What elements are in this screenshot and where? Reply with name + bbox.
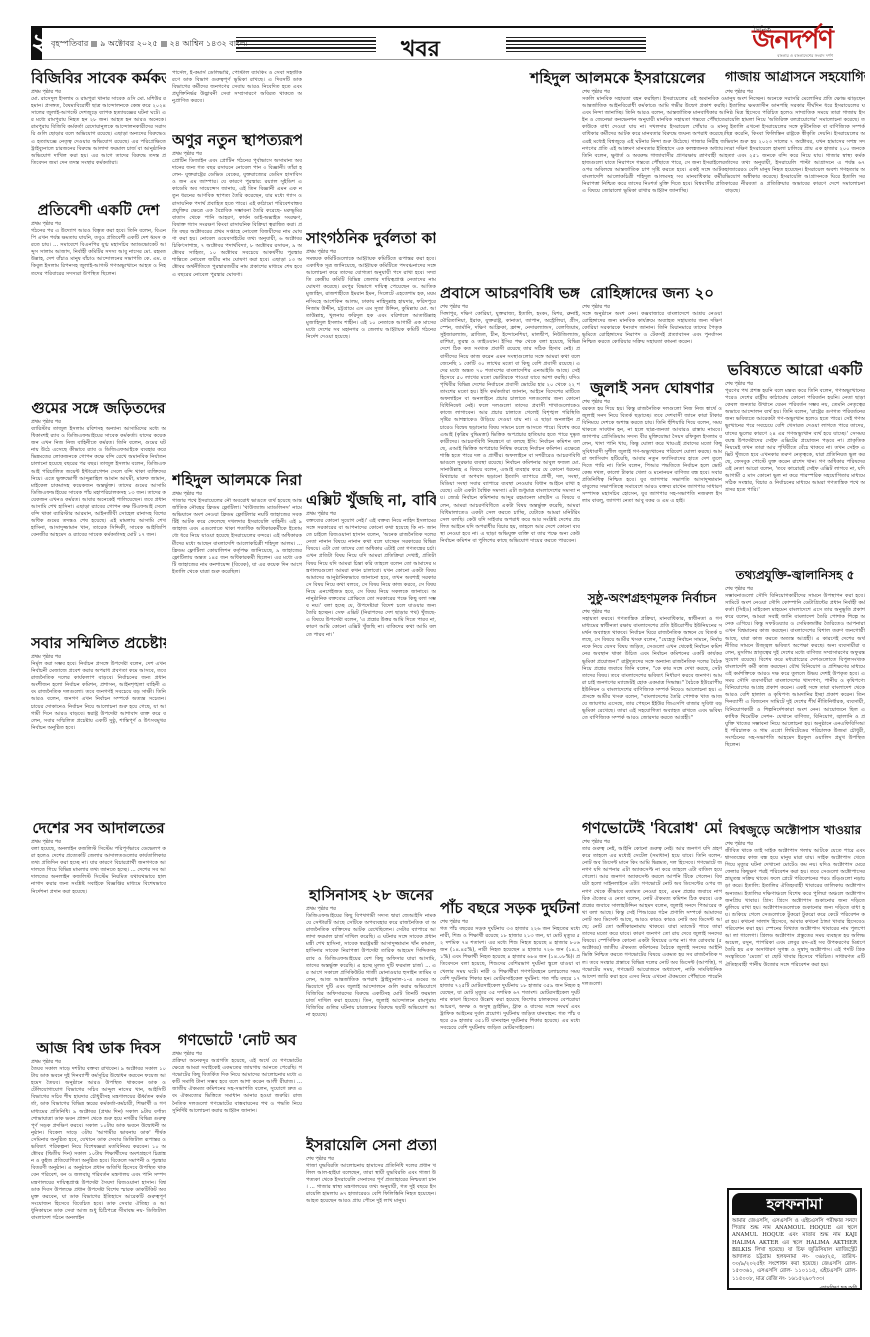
article-ict-energy-5: তথ্যপ্রযুক্তি-জ্বালানিসহ ৫ শেষ পৃষ্ঠার প… <box>725 565 865 820</box>
separator-square-icon <box>91 41 97 47</box>
article-headline: ভবিষ্যতে আরো একটি <box>725 360 865 380</box>
article-headline: সবার সম্মিলিত প্রচেষ্টায় <box>31 633 166 653</box>
article-headline: পাঁচ বছরে সড়ক দুর্ঘটনায় <box>440 898 580 918</box>
article-fair-election: সুষ্ঠু-অংশগ্রহণমূলক নির্বাচন শেষ পৃষ্ঠার… <box>582 588 722 818</box>
article-body: মো. রাসেদুল ইসলাম ও রামপুরা থানার সাবেক … <box>31 96 166 167</box>
section-title: খবর <box>401 32 440 69</box>
article-headline: গণভোটেই 'বিরোধ' মেটাতে <box>582 818 722 838</box>
date-line: বৃহস্পতিবার৯ অক্টোবর ২০২৫২৪ আশ্বিন ১৪৩২ … <box>51 38 248 51</box>
article-headline: জুলাই সনদ ঘোষণার <box>582 378 722 398</box>
article-body: সম্ভাবনাগুলো সৌদি বিনিয়োগকারীদের সামনে … <box>725 593 865 749</box>
article-gaza-aggression: গাজায় আগ্রাসনে সহযোগিতার শেষ পৃষ্ঠার পর… <box>725 68 865 360</box>
article-body: সিঙ্গাপুর, দক্ষিণ কোরিয়া, যুক্তরাজ্য, ই… <box>440 311 580 545</box>
article-hasina-28-people: হাসিনাসহ ২৮ জনের প্রথম পৃষ্ঠার পর ডিজিএফ… <box>306 885 436 1135</box>
page-masthead: ২ বৃহস্পতিবার৯ অক্টোবর ২০২৫২৪ আশ্বিন ১৪৩… <box>31 26 833 60</box>
article-body: প্রক্রিয়া অনেকদূর অগ্রগতি হয়েছে, এই অর… <box>172 1058 302 1115</box>
article-continuation-label: প্রথম পৃষ্ঠার পর <box>172 1051 302 1058</box>
article-headline: প্রবাসে আচরণবিধি ভঙ্গ <box>440 283 580 303</box>
article-body: বরকত হয় দিয়ে হয়। কিন্তু রাজনৈতিক দলগু… <box>582 406 722 505</box>
article-headline: সুষ্ঠু-অংশগ্রহণমূলক নির্বাচন <box>582 588 722 608</box>
article-another-future-uprising: ভবিষ্যতে আরো একটি শেষ পৃষ্ঠার পর পূরণের … <box>725 360 865 565</box>
page-number: ২ <box>31 28 42 60</box>
article-molecule-architecture: অণুর নতুন স্থাপত্যরূপ প্রথম পৃষ্ঠার পর প… <box>172 130 302 470</box>
article-headline: বিশ্বজুড়ে অক্টোপাস খাওয়ার <box>725 820 865 840</box>
article-headline: রোহিঙ্গাদের জন্য ২০ <box>582 283 722 303</box>
article-headline: গাজায় আগ্রাসনে সহযোগিতার <box>725 68 865 88</box>
article-road-accidents: পাঁচ বছরে সড়ক দুর্ঘটনায় শেষ পৃষ্ঠার পর… <box>440 898 580 1313</box>
decorative-rule-left <box>236 37 376 53</box>
article-continuation-label: শেষ পৃষ্ঠার পর <box>725 89 865 96</box>
article-organizational-weakness: সাংগঠনিক দুর্বলতা কাটিয়ে প্রথম পৃষ্ঠার … <box>306 228 436 490</box>
article-body: গঠনের পর এ উদ্যোগ আরও বিস্তৃত করা হবে। ত… <box>31 228 166 278</box>
article-referendum-dispute: গণভোটেই 'বিরোধ' মেটাতে শেষ পৃষ্ঠার পর তা… <box>582 818 722 1313</box>
article-body: ব্যারিস্টার তাজুল ইসলাম রবিশসহ অন্যান্য … <box>31 426 166 540</box>
article-continuation-label: প্রথম পৃষ্ঠার পর <box>306 906 436 913</box>
article-continuation-label: শেষ পৃষ্ঠার পর <box>582 609 722 616</box>
date-day: বৃহস্পতিবার <box>51 39 88 48</box>
affidavit-title: হলফনামা <box>732 1193 857 1215</box>
article-body: তার গুরুত্ব নেই, আইনি কোনো গুরুত্ব নেই। … <box>582 846 722 988</box>
article-continuation-label: শেষ পৃষ্ঠার পর <box>306 1156 436 1163</box>
article-body: সঙ্গে অনুষ্ঠানে অংশ নেন। কক্সবাজারে বাংল… <box>582 311 722 346</box>
article-continuation-label: শেষ পৃষ্ঠার পর <box>725 586 865 593</box>
article-body: পূরণের পথ প্রশস্ত হয়নি বলে মন্তব্য করে … <box>725 388 865 494</box>
date-gregorian: ৯ অক্টোবর ২০২৫ <box>100 39 157 48</box>
article-octopus-eating: বিশ্বজুড়ে অক্টোপাস খাওয়ার শেষ পৃষ্ঠার … <box>725 820 865 1182</box>
article-world-post-day: আজ বিশ্ব ডাক দিবস প্রথম পৃষ্ঠার পর তৈয়ব… <box>31 1038 166 1313</box>
article-neighbor-country: প্রতিবেশী একটি দেশ প্রথম পৃষ্ঠার পর গঠনে… <box>31 200 166 398</box>
article-continuation-label: প্রথম পৃষ্ঠার পর <box>31 89 166 96</box>
article-body: সমন্বয়ক কমিটিগুলোকে আহ্বায়ক কমিটিতে রূ… <box>306 256 436 341</box>
article-continuation-label: শেষ পৃষ্ঠার পর <box>725 841 865 848</box>
article-referendum-note-of-dissent: গণভোটে 'নোট অব প্রথম পৃষ্ঠার পর প্রক্রিয… <box>172 1030 302 1313</box>
article-continuation-label: শেষ পৃষ্ঠার পর <box>582 304 722 311</box>
newspaper-logo: দৈনিক জনদর্পণ বাংলার ও বাংলাদেশের সংবাদ … <box>752 24 833 56</box>
decorative-rule-right <box>506 37 646 53</box>
article-continuation-label: শেষ পৃষ্ঠার পর <box>440 919 580 926</box>
logo-tagline: বাংলার ও বাংলাদেশের সংবাদ দর্পণ <box>777 53 833 60</box>
article-headline: সাংগঠনিক দুর্বলতা কাটিয়ে <box>306 228 436 248</box>
logo-daily-label: দৈনিক <box>753 24 771 36</box>
article-continuation-label: প্রথম পৃষ্ঠার পর <box>306 249 436 256</box>
article-headline: এক্সিট খুঁজছি না, বাকি <box>306 490 436 510</box>
article-overseas-code-violation: প্রবাসে আচরণবিধি ভঙ্গ শেষ পৃষ্ঠার পর সিঙ… <box>440 283 580 898</box>
article-body: প্রোটিন ডিজাইন এবং প্রোটিন গঠনের পূর্বাভ… <box>172 158 302 279</box>
affidavit-signature: -তাসফিয়া হক অধি <box>732 1285 857 1293</box>
article-continuation-label: প্রথম পৃষ্ঠার পর <box>31 1059 166 1066</box>
article-body: গাজা যুদ্ধবিরতি আলোচনায় হামাসের প্রতিনি… <box>306 1163 436 1206</box>
article-continuation-label: শেষ পৃষ্ঠার পর <box>440 304 580 311</box>
article-july-charter: জুলাই সনদ ঘোষণার শেষ পৃষ্ঠার পর বরকত হয়… <box>582 378 722 588</box>
article-headline: ইসরায়েলি সেনা প্রত্যাহার <box>306 1135 436 1155</box>
separator-square-icon <box>161 41 167 47</box>
article-headline: অণুর নতুন স্থাপত্যরূপ <box>172 130 302 150</box>
article-enforced-disappearance: গুমের সঙ্গে জড়িতদের প্রথম পৃষ্ঠার পর ব্… <box>31 398 166 633</box>
article-continuation-label: প্রথম পৃষ্ঠার পর <box>31 221 166 228</box>
article-bgb-officer: বিজিবির সাবেক কর্মকর্তা প্রথম পৃষ্ঠার পর… <box>31 68 166 198</box>
affidavit-notice: হলফনামা আমার জেএসসি, এসএসসি ও এইচএসসি পর… <box>727 1188 862 1290</box>
article-headline: দেশের সব আদালতের <box>31 818 166 838</box>
article-collective-effort: সবার সম্মিলিত প্রচেষ্টায় প্রথম পৃষ্ঠার … <box>31 633 166 818</box>
article-body: জীবিত থাকে তাই সাইক অক্টোপাস গলায় আটকে … <box>725 848 865 969</box>
article-continuation-label: শেষ পৃষ্ঠার পর <box>582 399 722 406</box>
article-continuation-label: শেষ পৃষ্ঠার পর <box>725 381 865 388</box>
article-continuation-label: শেষ পৃষ্ঠার পর <box>582 89 725 96</box>
article-continuation-label: প্রথম পৃষ্ঠার পর <box>31 419 166 426</box>
article-body: গাজার পথে ইসরায়েলের নৌ অবরোধ ভাঙতে ব্যর… <box>172 498 302 576</box>
article-headline: তথ্যপ্রযুক্তি-জ্বালানিসহ ৫ <box>725 565 865 585</box>
article-headline: শহিদুল আলমকে নিরাপদে <box>172 470 302 490</box>
article-headline: শহিদুল আলমকে ইসরায়েলের <box>440 68 725 88</box>
article-shahidul-alam-israel: শহিদুল আলমকে ইসরায়েলের শেষ পৃষ্ঠার পর স… <box>440 68 725 283</box>
article-body: পার্সেল, ই-কমার্স ডেলিভারি, পোস্টাল ব্যা… <box>172 70 302 105</box>
article-headline: প্রতিবেশী একটি দেশ <box>31 200 166 220</box>
article-body: সহায়তা করবে। গণতান্ত্রিক প্রক্রিয়া, মা… <box>582 616 722 722</box>
article-headline: আজ বিশ্ব ডাক দিবস <box>31 1038 166 1058</box>
article-body: নির্মূল করা সম্ভব হবে। নির্বাচন প্রসঙ্গে… <box>31 661 166 732</box>
affidavit-body: আমার জেএসসি, এসএসসি ও এইচএসসি পরীক্ষার স… <box>732 1218 857 1283</box>
article-body: গত পাঁচ বছরের সড়ক দুর্ঘটনায় ৩৩ হাজার ২… <box>440 926 580 1032</box>
article-continuation-label: প্রথম পৃষ্ঠার পর <box>172 151 302 158</box>
article-israeli-troop-withdrawal: ইসরায়েলি সেনা প্রত্যাহার শেষ পৃষ্ঠার পর… <box>306 1135 436 1313</box>
article-all-courts: দেশের সব আদালতের প্রথম পৃষ্ঠার পর বলা হয… <box>31 818 166 1038</box>
article-post-day-continued: পার্সেল, ই-কমার্স ডেলিভারি, পোস্টাল ব্যা… <box>172 70 302 130</box>
article-body: মানুষ অংশ নিচ্ছেন। অনেকে সরাসরি মেলোনির … <box>725 96 865 195</box>
article-continuation-label: প্রথম পৃষ্ঠার পর <box>31 654 166 661</box>
article-headline: গণভোটে 'নোট অব <box>172 1030 302 1050</box>
article-shahidul-alam-safe: শহিদুল আলমকে নিরাপদে প্রথম পৃষ্ঠার পর গা… <box>172 470 302 1030</box>
article-continuation-label: প্রথম পৃষ্ঠার পর <box>172 491 302 498</box>
article-headline: বিজিবির সাবেক কর্মকর্তা <box>31 68 166 88</box>
article-continuation-label: প্রথম পৃষ্ঠার পর <box>31 839 166 846</box>
article-body: বক্তব্যের কোনো সুযোগ নেই।' এই বক্তব্য নি… <box>306 518 436 639</box>
article-rohingya-20: রোহিঙ্গাদের জন্য ২০ শেষ পৃষ্ঠার পর সঙ্গে… <box>582 283 722 378</box>
article-headline: গুমের সঙ্গে জড়িতদের <box>31 398 166 418</box>
article-continuation-label: প্রথম পৃষ্ঠার পর <box>306 511 436 518</box>
article-body: বলা হয়েছে, অনলাইন কজলিস্ট সিস্টেম পরিপূ… <box>31 846 166 896</box>
article-body: সকলি মানবিক সহায়তা বহন করছিল। ইসরায়েলে… <box>582 96 725 195</box>
article-body: তৈয়ব সকাল সাড়ে দশটায় বক্তব্য রাখবেন। … <box>31 1066 166 1222</box>
article-continuation-label: শেষ পৃষ্ঠার পর <box>582 839 722 846</box>
article-body: ডিজিএফআইয়ের কিছু বিপথগামী সদস্য দ্বারা … <box>306 913 436 1019</box>
article-headline: হাসিনাসহ ২৮ জনের <box>306 885 436 905</box>
article-not-seeking-exit: এক্সিট খুঁজছি না, বাকি প্রথম পৃষ্ঠার পর … <box>306 490 436 885</box>
